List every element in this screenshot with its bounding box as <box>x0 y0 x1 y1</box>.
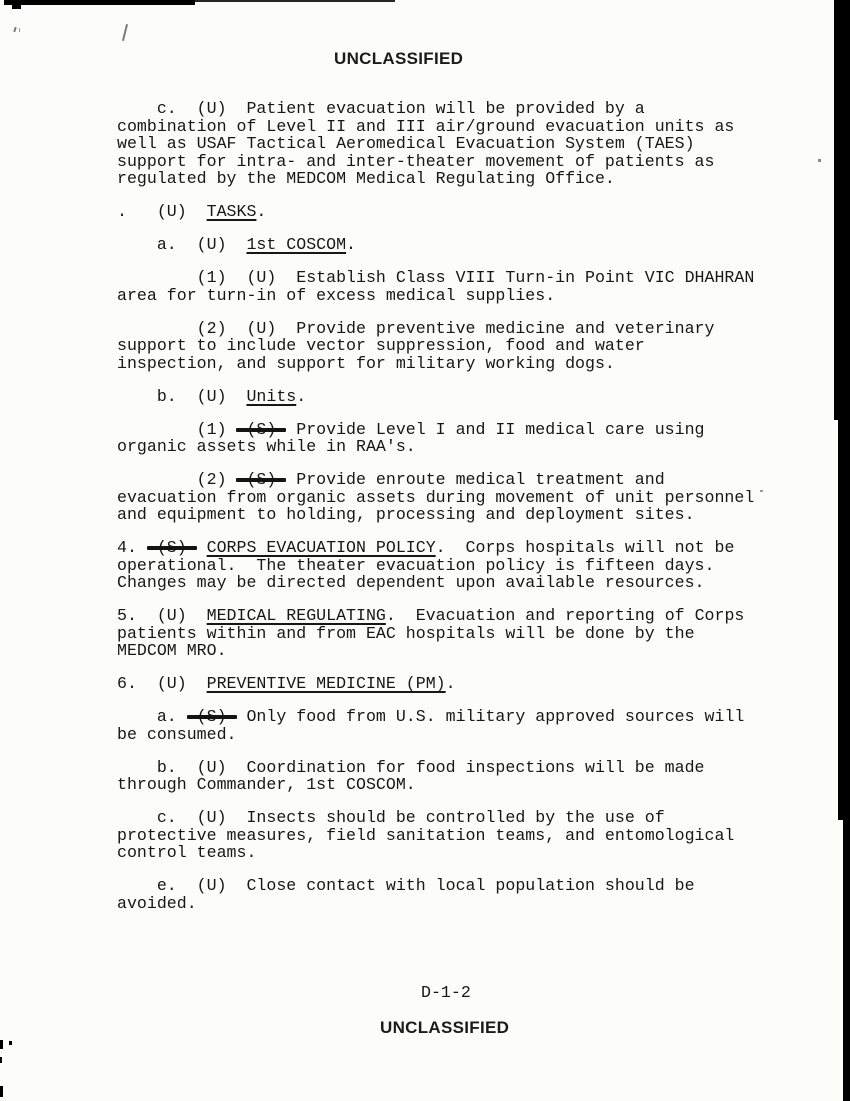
text-line: support for intra- and inter-theater mov… <box>117 153 817 171</box>
text-segment: (1) (U) Establish Class VIII Turn-in Poi… <box>117 268 754 287</box>
right-edge-artifact <box>834 0 850 420</box>
text-line: operational. The theater evacuation poli… <box>117 557 817 575</box>
text-segment: 6. (U) <box>117 674 207 693</box>
text-line: and equipment to holding, processing and… <box>117 506 817 524</box>
text-segment: . <box>446 674 456 693</box>
text-segment: (1) <box>117 420 246 439</box>
text-line: (2) (U) Provide preventive medicine and … <box>117 320 817 338</box>
top-edge-artifact <box>12 0 21 9</box>
paragraph: (1) (U) Establish Class VIII Turn-in Poi… <box>117 269 817 304</box>
text-line: evacuation from organic assets during mo… <box>117 489 817 507</box>
text-segment: a. <box>117 707 197 726</box>
text-segment: protective measures, field sanitation te… <box>117 826 734 845</box>
text-segment: MEDCOM MRO. <box>117 641 227 660</box>
text-line: control teams. <box>117 844 817 862</box>
text-line: . (U) TASKS. <box>117 203 817 221</box>
text-line: c. (U) Patient evacuation will be provid… <box>117 100 817 118</box>
pen-mark <box>122 24 128 41</box>
text-segment: support to include vector suppression, f… <box>117 336 645 355</box>
page-number: D-1-2 <box>421 983 471 1002</box>
text-segment: and equipment to holding, processing and… <box>117 505 695 524</box>
text-line: through Commander, 1st COSCOM. <box>117 776 817 794</box>
paragraph: (2) (S) Provide enroute medical treatmen… <box>117 471 817 524</box>
text-segment: (2) (U) Provide preventive medicine and … <box>117 319 714 338</box>
text-segment: b. (U) <box>117 387 246 406</box>
text-line: 4. (S) CORPS EVACUATION POLICY. Corps ho… <box>117 539 817 557</box>
text-segment: . (U) <box>117 202 207 221</box>
text-segment: organic assets while in RAA's. <box>117 437 416 456</box>
underlined-heading: CORPS EVACUATION POLICY <box>207 538 436 557</box>
underlined-heading: PREVENTIVE MEDICINE (PM) <box>207 674 446 693</box>
struck-classification-marking: (S) <box>246 471 276 489</box>
text-line: inspection, and support for military wor… <box>117 355 817 373</box>
text-segment: . <box>346 235 356 254</box>
text-segment: operational. The theater evacuation poli… <box>117 556 714 575</box>
underlined-heading: 1st COSCOM <box>246 235 346 254</box>
paragraph: a. (U) 1st COSCOM. <box>117 236 817 254</box>
text-segment: evacuation from organic assets during mo… <box>117 488 754 507</box>
pen-mark <box>13 27 16 32</box>
text-segment: . <box>296 387 306 406</box>
text-line: Changes may be directed dependent upon a… <box>117 574 817 592</box>
text-segment: 5. (U) <box>117 606 207 625</box>
text-line: support to include vector suppression, f… <box>117 337 817 355</box>
text-line: e. (U) Close contact with local populati… <box>117 877 817 895</box>
struck-classification-marking: (S) <box>157 539 187 557</box>
paragraph: (1) (S) Provide Level I and II medical c… <box>117 421 817 456</box>
text-segment: Only food from U.S. military approved so… <box>227 707 745 726</box>
text-segment: b. (U) Coordination for food inspections… <box>117 758 705 777</box>
classification-banner-top: UNCLASSIFIED <box>334 49 463 69</box>
paragraph: b. (U) Units. <box>117 388 817 406</box>
paragraph: e. (U) Close contact with local populati… <box>117 877 817 912</box>
paragraph: 6. (U) PREVENTIVE MEDICINE (PM). <box>117 675 817 693</box>
text-line: patients within and from EAC hospitals w… <box>117 625 817 643</box>
text-segment: avoided. <box>117 894 197 913</box>
underlined-heading: Units <box>246 387 296 406</box>
text-line: 5. (U) MEDICAL REGULATING. Evacuation an… <box>117 607 817 625</box>
text-segment: (2) <box>117 470 246 489</box>
text-line: organic assets while in RAA's. <box>117 438 817 456</box>
text-segment: . <box>256 202 266 221</box>
text-segment: . Evacuation and reporting of Corps <box>386 606 744 625</box>
top-edge-artifact <box>195 0 395 2</box>
text-segment: inspection, and support for military wor… <box>117 354 615 373</box>
text-line: (2) (S) Provide enroute medical treatmen… <box>117 471 817 489</box>
top-edge-artifact <box>4 0 195 5</box>
text-segment: control teams. <box>117 843 256 862</box>
scanned-document-page: UNCLASSIFIED c. (U) Patient evacuation w… <box>0 0 850 1101</box>
document-body: c. (U) Patient evacuation will be provid… <box>117 100 817 928</box>
left-edge-artifact <box>0 1040 3 1049</box>
text-segment: through Commander, 1st COSCOM. <box>117 775 416 794</box>
text-line: MEDCOM MRO. <box>117 642 817 660</box>
text-line: (1) (S) Provide Level I and II medical c… <box>117 421 817 439</box>
text-line: a. (U) 1st COSCOM. <box>117 236 817 254</box>
text-line: protective measures, field sanitation te… <box>117 827 817 845</box>
text-line: be consumed. <box>117 726 817 744</box>
classification-banner-bottom: UNCLASSIFIED <box>380 1018 509 1038</box>
text-line: regulated by the MEDCOM Medical Regulati… <box>117 170 817 188</box>
text-segment: combination of Level II and III air/grou… <box>117 117 734 136</box>
text-segment: a. (U) <box>117 235 246 254</box>
text-line: b. (U) Units. <box>117 388 817 406</box>
text-segment: Provide enroute medical treatment and <box>276 470 664 489</box>
left-edge-artifact <box>0 1057 2 1063</box>
struck-classification-marking: (S) <box>197 708 227 726</box>
right-edge-artifact <box>843 820 850 1101</box>
paragraph: c. (U) Insects should be controlled by t… <box>117 809 817 862</box>
text-segment: . Corps hospitals will not be <box>436 538 735 557</box>
text-segment: c. (U) Patient evacuation will be provid… <box>117 99 645 118</box>
pen-mark <box>19 28 20 32</box>
text-segment: support for intra- and inter-theater mov… <box>117 152 714 171</box>
text-line: 6. (U) PREVENTIVE MEDICINE (PM). <box>117 675 817 693</box>
text-segment: Changes may be directed dependent upon a… <box>117 573 705 592</box>
text-segment: well as USAF Tactical Aeromedical Evacua… <box>117 134 695 153</box>
text-segment: regulated by the MEDCOM Medical Regulati… <box>117 169 615 188</box>
struck-classification-marking: (S) <box>246 421 276 439</box>
text-line: a. (S) Only food from U.S. military appr… <box>117 708 817 726</box>
text-segment: e. (U) Close contact with local populati… <box>117 876 695 895</box>
text-segment: Provide Level I and II medical care usin… <box>276 420 704 439</box>
text-line: area for turn-in of excess medical suppl… <box>117 287 817 305</box>
scan-speck <box>818 159 821 162</box>
text-line: c. (U) Insects should be controlled by t… <box>117 809 817 827</box>
text-segment: c. (U) Insects should be controlled by t… <box>117 808 665 827</box>
text-line: well as USAF Tactical Aeromedical Evacua… <box>117 135 817 153</box>
text-line: (1) (U) Establish Class VIII Turn-in Poi… <box>117 269 817 287</box>
text-line: b. (U) Coordination for food inspections… <box>117 759 817 777</box>
paragraph: (2) (U) Provide preventive medicine and … <box>117 320 817 373</box>
underlined-heading: TASKS <box>207 202 257 221</box>
paragraph: b. (U) Coordination for food inspections… <box>117 759 817 794</box>
paragraph: a. (S) Only food from U.S. military appr… <box>117 708 817 743</box>
left-edge-artifact <box>0 1086 3 1097</box>
paragraph: . (U) TASKS. <box>117 203 817 221</box>
scan-speck <box>9 1041 12 1045</box>
paragraph: 5. (U) MEDICAL REGULATING. Evacuation an… <box>117 607 817 660</box>
text-segment: patients within and from EAC hospitals w… <box>117 624 695 643</box>
text-segment: area for turn-in of excess medical suppl… <box>117 286 555 305</box>
text-line: avoided. <box>117 895 817 913</box>
paragraph: 4. (S) CORPS EVACUATION POLICY. Corps ho… <box>117 539 817 592</box>
text-line: combination of Level II and III air/grou… <box>117 118 817 136</box>
right-edge-artifact <box>838 420 850 820</box>
underlined-heading: MEDICAL REGULATING <box>207 606 386 625</box>
text-segment: be consumed. <box>117 725 237 744</box>
paragraph: c. (U) Patient evacuation will be provid… <box>117 100 817 188</box>
